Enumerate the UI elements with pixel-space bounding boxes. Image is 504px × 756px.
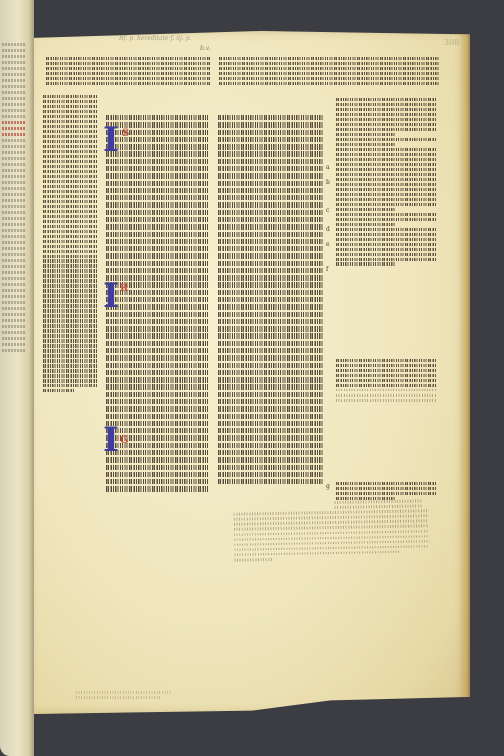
gloss-marker: g (326, 483, 330, 490)
blue-initial-i: I (103, 123, 119, 157)
gloss-marker: b (326, 179, 330, 186)
gloss-marker: c (326, 207, 329, 214)
main-text-column-b (218, 115, 324, 486)
gloss-marker: f (326, 266, 328, 273)
folio-number: 308 (444, 38, 459, 47)
manuscript-folio: Rf. p. hereditate f. iij. p. b.v. 308 (34, 31, 470, 714)
gloss-right-middle (336, 359, 436, 404)
bottom-pencil-note (76, 691, 171, 701)
gloss-marker: a (326, 164, 330, 171)
red-initial-s: S (122, 128, 129, 139)
gloss-left-column (43, 95, 97, 394)
blue-initial-i: I (103, 279, 119, 313)
red-initial-g: G (120, 435, 129, 446)
facing-page-edge (0, 0, 34, 756)
gloss-top-left (46, 57, 211, 87)
gloss-right-column (336, 98, 436, 267)
cursive-marginal-annotation (233, 499, 429, 564)
blue-initial-i: I (103, 423, 119, 457)
gloss-top-right (219, 57, 439, 87)
red-initial-r: R (120, 283, 128, 294)
running-header-pencil: Rf. p. hereditate f. iij. p. (119, 35, 192, 42)
gloss-marker: e (326, 241, 330, 248)
facing-page-text (2, 40, 26, 355)
header-mark: b.v. (200, 45, 210, 52)
folio-edge-stain (458, 31, 470, 714)
gloss-marker: d (326, 226, 330, 233)
